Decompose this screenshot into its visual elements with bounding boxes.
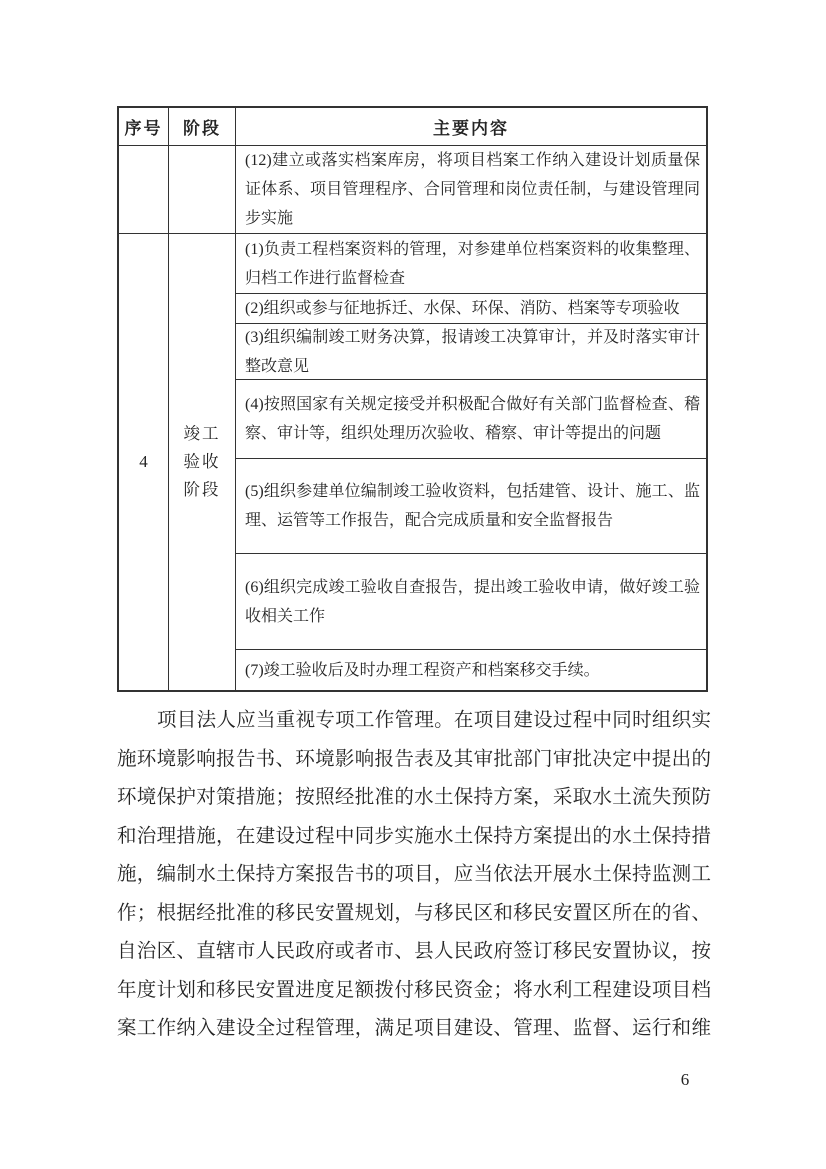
phase-content-cell: (5)组织参建单位编制竣工验收资料，包括建管、设计、施工、监理、运管等工作报告，… bbox=[236, 459, 706, 554]
page-number: 6 bbox=[670, 1070, 700, 1090]
carryover-content-cell: (12)建立或落实档案库房，将项目档案工作纳入建设计划质量保证体系、项目管理程序… bbox=[236, 146, 706, 234]
stage-line: 阶段 bbox=[169, 476, 235, 504]
paragraph-line: 施环境影响报告书、环境影响报告表及其审批部门审批决定中提出的 bbox=[117, 741, 711, 780]
stage-cell: 竣工 验收 阶段 bbox=[169, 234, 236, 690]
paragraph-line: 作；根据经批准的移民安置规划，与移民区和移民安置区所在的省、 bbox=[117, 895, 711, 934]
paragraph-line: 自治区、直辖市人民政府或者市、县人民政府签订移民安置协议，按 bbox=[117, 933, 711, 972]
col-header-content: 主要内容 bbox=[236, 108, 706, 146]
stage-line: 验收 bbox=[169, 448, 235, 476]
phase-content-cell: (1)负责工程档案资料的管理，对参建单位档案资料的收集整理、归档工作进行监督检查 bbox=[236, 234, 706, 294]
phase-content-cell: (4)按照国家有关规定接受并积极配合做好有关部门监督检查、稽察、审计等，组织处理… bbox=[236, 380, 706, 459]
phase-content-cell: (2)组织或参与征地拆迁、水保、环保、消防、档案等专项验收 bbox=[236, 294, 706, 324]
col-header-stage: 阶段 bbox=[169, 108, 236, 146]
paragraph-line: 施，编制水土保持方案报告书的项目，应当依法开展水土保持监测工 bbox=[117, 856, 711, 895]
document-page: 序号 阶段 主要内容 (12)建立或落实档案库房，将项目档案工作纳入建设计划质量… bbox=[0, 0, 826, 1169]
stage-line: 竣工 bbox=[169, 420, 235, 448]
paragraph-line: 年度计划和移民安置进度足额拨付移民资金；将水利工程建设项目档 bbox=[117, 972, 711, 1011]
carryover-stage-cell bbox=[169, 146, 236, 234]
phase-content-cell: (7)竣工验收后及时办理工程资产和档案移交手续。 bbox=[236, 650, 706, 690]
body-paragraph: 项目法人应当重视专项工作管理。在项目建设过程中同时组织实 施环境影响报告书、环境… bbox=[117, 702, 711, 1049]
paragraph-line: 案工作纳入建设全过程管理，满足项目建设、管理、监督、运行和维 bbox=[117, 1010, 711, 1049]
phase-content-cell: (6)组织完成竣工验收自查报告，提出竣工验收申请，做好竣工验收相关工作 bbox=[236, 554, 706, 650]
carryover-seq-cell bbox=[119, 146, 169, 234]
project-phases-table: 序号 阶段 主要内容 (12)建立或落实档案库房，将项目档案工作纳入建设计划质量… bbox=[117, 106, 708, 692]
paragraph-line: 环境保护对策措施；按照经批准的水土保持方案，采取水土流失预防 bbox=[117, 779, 711, 818]
col-header-seq: 序号 bbox=[119, 108, 169, 146]
seq-cell: 4 bbox=[119, 234, 169, 690]
phase-content-cell: (3)组织编制竣工财务决算，报请竣工决算审计，并及时落实审计整改意见 bbox=[236, 324, 706, 380]
paragraph-line: 和治理措施，在建设过程中同步实施水土保持方案提出的水土保持措 bbox=[117, 818, 711, 857]
paragraph-line: 项目法人应当重视专项工作管理。在项目建设过程中同时组织实 bbox=[117, 702, 711, 741]
